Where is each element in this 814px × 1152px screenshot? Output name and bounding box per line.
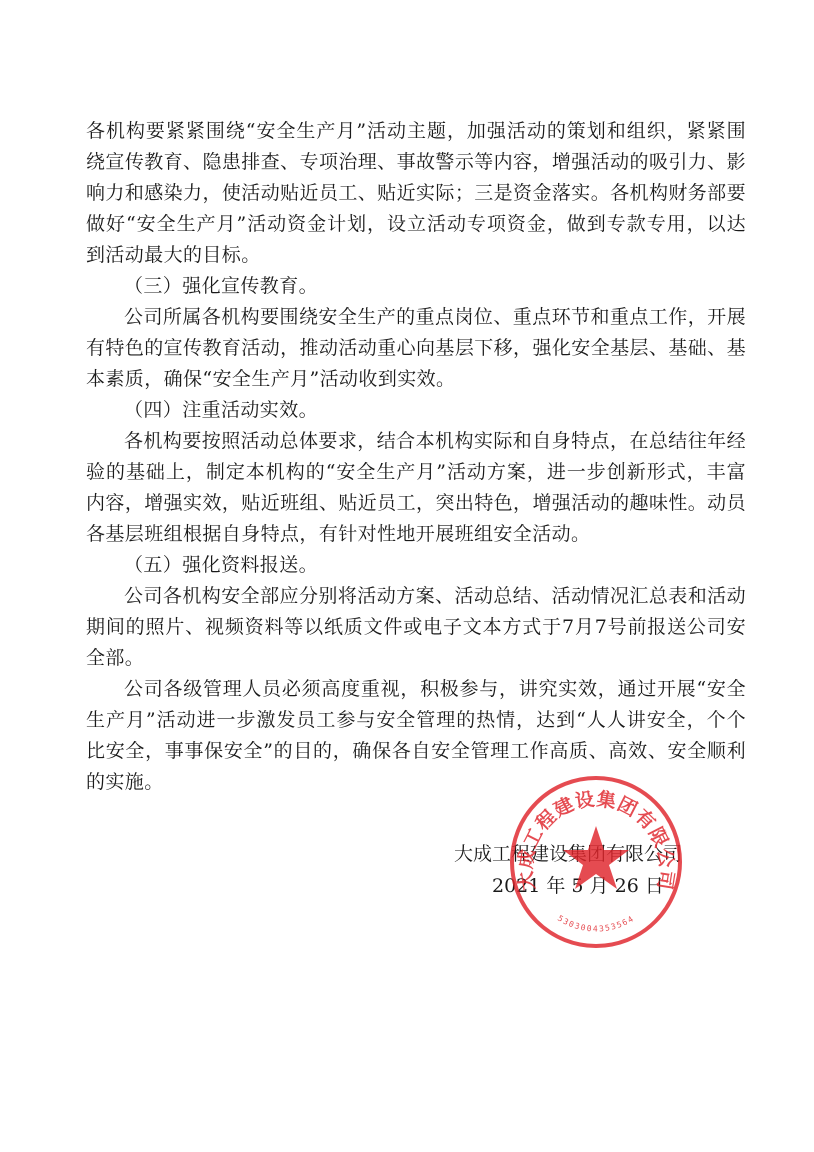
svg-text:5303004353564: 5303004353564	[556, 914, 636, 934]
section-heading-3: （三）强化宣传教育。	[86, 271, 746, 302]
section-heading-4: （四）注重活动实效。	[86, 395, 746, 426]
paragraph: 公司各级管理人员必须高度重视，积极参与，讲究实效，通过开展“安全生产月”活动进一…	[86, 674, 746, 798]
stamp-number: 5303004353564	[556, 914, 636, 934]
paragraph: 公司所属各机构要围绕安全生产的重点岗位、重点环节和重点工作，开展有特色的宣传教育…	[86, 302, 746, 395]
paragraph-continued: 各机构要紧紧围绕“安全生产月”活动主题，加强活动的策划和组织，紧紧围绕宣传教育、…	[86, 116, 746, 271]
document-page: 各机构要紧紧围绕“安全生产月”活动主题，加强活动的策划和组织，紧紧围绕宣传教育、…	[0, 0, 814, 1152]
signature-block: 大成工程建设集团有限公司 2021 年 5 月 26 日	[454, 838, 694, 902]
document-body: 各机构要紧紧围绕“安全生产月”活动主题，加强活动的策划和组织，紧紧围绕宣传教育、…	[86, 116, 746, 798]
paragraph: 公司各机构安全部应分别将活动方案、活动总结、活动情况汇总表和活动期间的照片、视频…	[86, 581, 746, 674]
section-heading-5: （五）强化资料报送。	[86, 550, 746, 581]
paragraph: 各机构要按照活动总体要求，结合本机构实际和自身特点，在总结往年经验的基础上，制定…	[86, 426, 746, 550]
signature-date: 2021 年 5 月 26 日	[454, 870, 694, 902]
signature-company: 大成工程建设集团有限公司	[454, 838, 694, 870]
